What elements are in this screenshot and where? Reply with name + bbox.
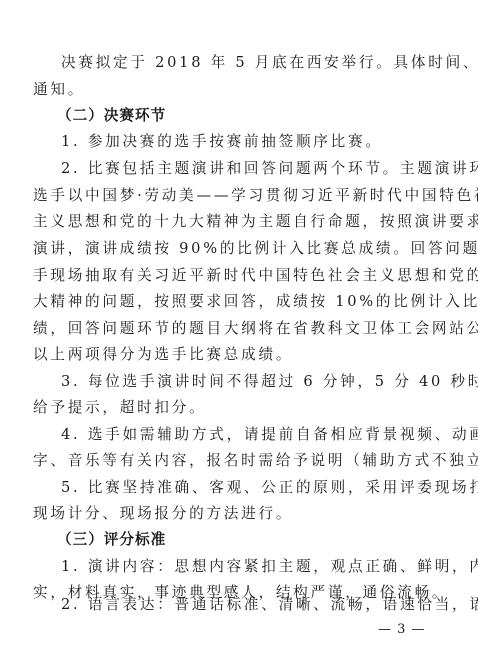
paragraph-line: 大精神的问题，按照要求回答，成绩按 10%的比例计入比赛总成	[33, 293, 437, 311]
paragraph-line: 1. 参加决赛的选手按赛前抽签顺序比赛。	[61, 133, 437, 151]
paragraph-line: 字、音乐等有关内容，报名时需给予说明（辅助方式不独立打分）。	[33, 452, 437, 470]
paragraph-line: 2. 比赛包括主题演讲和回答问题两个环节。主题演讲环节由	[61, 160, 437, 178]
paragraph-line: 4. 选手如需辅助方式，请提前自备相应背景视频、动画、文	[61, 426, 437, 444]
page-number: — 3 —	[378, 622, 426, 638]
paragraph-line: 给予提示，超时扣分。	[33, 399, 437, 417]
paragraph-line: 选手以中国梦·劳动美——学习贯彻习近平新时代中国特色社会	[33, 187, 437, 205]
paragraph-line: 演讲，演讲成绩按 90%的比例计入比赛总成绩。回答问题环节由选	[33, 240, 437, 258]
paragraph-line: 2. 语言表达：普通话标准、清晰、流畅，语速恰当，语调合	[61, 596, 437, 614]
section-heading: （二）决赛环节	[57, 107, 166, 125]
document-page: 决赛拟定于 2018 年 5 月底在西安举行。具体时间、地点另行通知。（二）决赛…	[0, 0, 478, 659]
paragraph-line: 以上两项得分为选手比赛总成绩。	[33, 346, 437, 364]
paragraph-line: 现场计分、现场报分的方法进行。	[33, 505, 437, 523]
paragraph-line: 主义思想和党的十九大精神为主题自行命题，按照演讲要求进行	[33, 213, 437, 231]
paragraph-line: 绩，回答问题环节的题目大纲将在省教科文卫体工会网站公布。	[33, 320, 437, 338]
paragraph-line: 5. 比赛坚持准确、客观、公正的原则，采用评委现场打分、	[61, 479, 437, 497]
paragraph-line: 通知。	[33, 81, 437, 99]
paragraph-line: 决赛拟定于 2018 年 5 月底在西安举行。具体时间、地点另行	[61, 54, 437, 72]
paragraph-line: 手现场抽取有关习近平新时代中国特色社会主义思想和党的十九	[33, 267, 437, 285]
paragraph-line: 3. 每位选手演讲时间不得超过 6 分钟，5 分 40 秒时由计时员	[61, 373, 437, 391]
paragraph-line: 1. 演讲内容：思想内容紧扣主题，观点正确、鲜明，内容充	[61, 558, 437, 576]
section-heading: （三）评分标准	[57, 531, 166, 549]
